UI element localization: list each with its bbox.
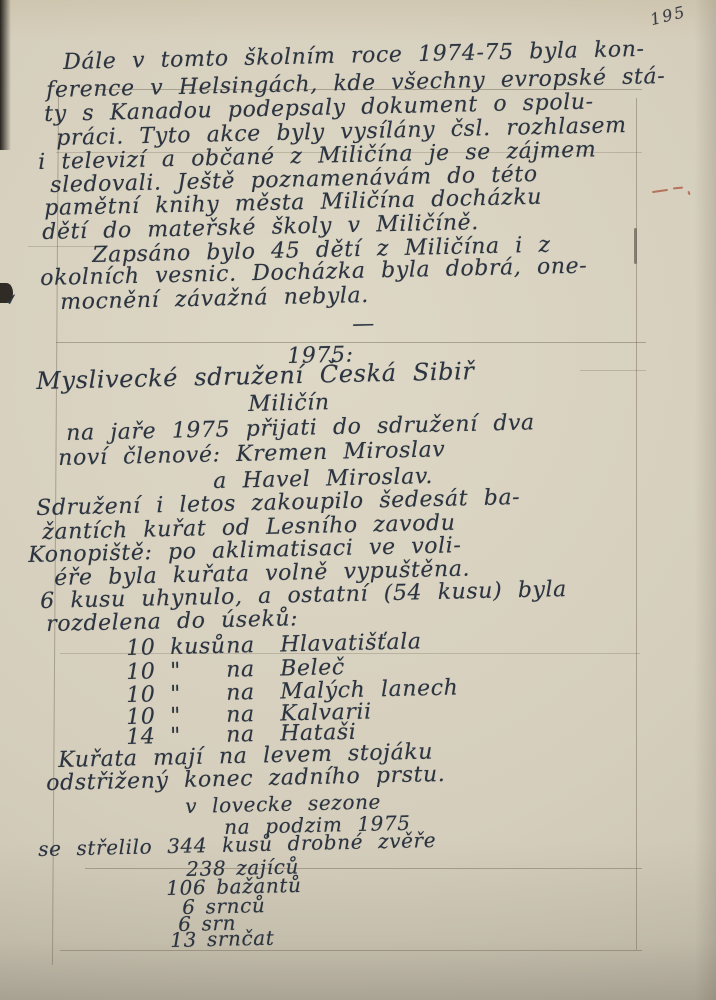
ruled-line-horizontal <box>60 950 642 951</box>
binding-shadow <box>0 0 11 150</box>
separator-dash: — <box>352 311 375 337</box>
distribution-prep: na <box>226 633 281 659</box>
ruled-line-horizontal <box>580 370 646 371</box>
page-number: 195 <box>648 2 688 29</box>
ruled-line-right-margin <box>636 98 637 950</box>
red-pencil-mark <box>687 191 690 195</box>
check-mark: ✓ <box>4 289 20 310</box>
harvest-row: 13srnčat <box>170 925 285 952</box>
ruled-line-horizontal <box>85 868 642 869</box>
chronicle-page-scan: ✓ 195 Dále v tomto školním roce 1974-75 … <box>0 0 716 1000</box>
harvest-count: 13 <box>170 927 197 952</box>
distribution-area: Hlavatišťala <box>280 629 422 657</box>
red-pencil-mark <box>652 189 668 193</box>
section-heading-org: Myslivecké sdružení Česká Sibiř <box>36 357 475 395</box>
distribution-count: 10 <box>126 659 171 685</box>
distribution-count: 10 <box>126 635 171 661</box>
section-heading-place: Miličín <box>248 390 330 417</box>
harvest-species: srnčat <box>207 926 275 952</box>
distribution-unit: kusů <box>170 634 227 660</box>
red-pencil-mark <box>673 186 683 189</box>
ruled-line-horizontal <box>28 246 98 247</box>
